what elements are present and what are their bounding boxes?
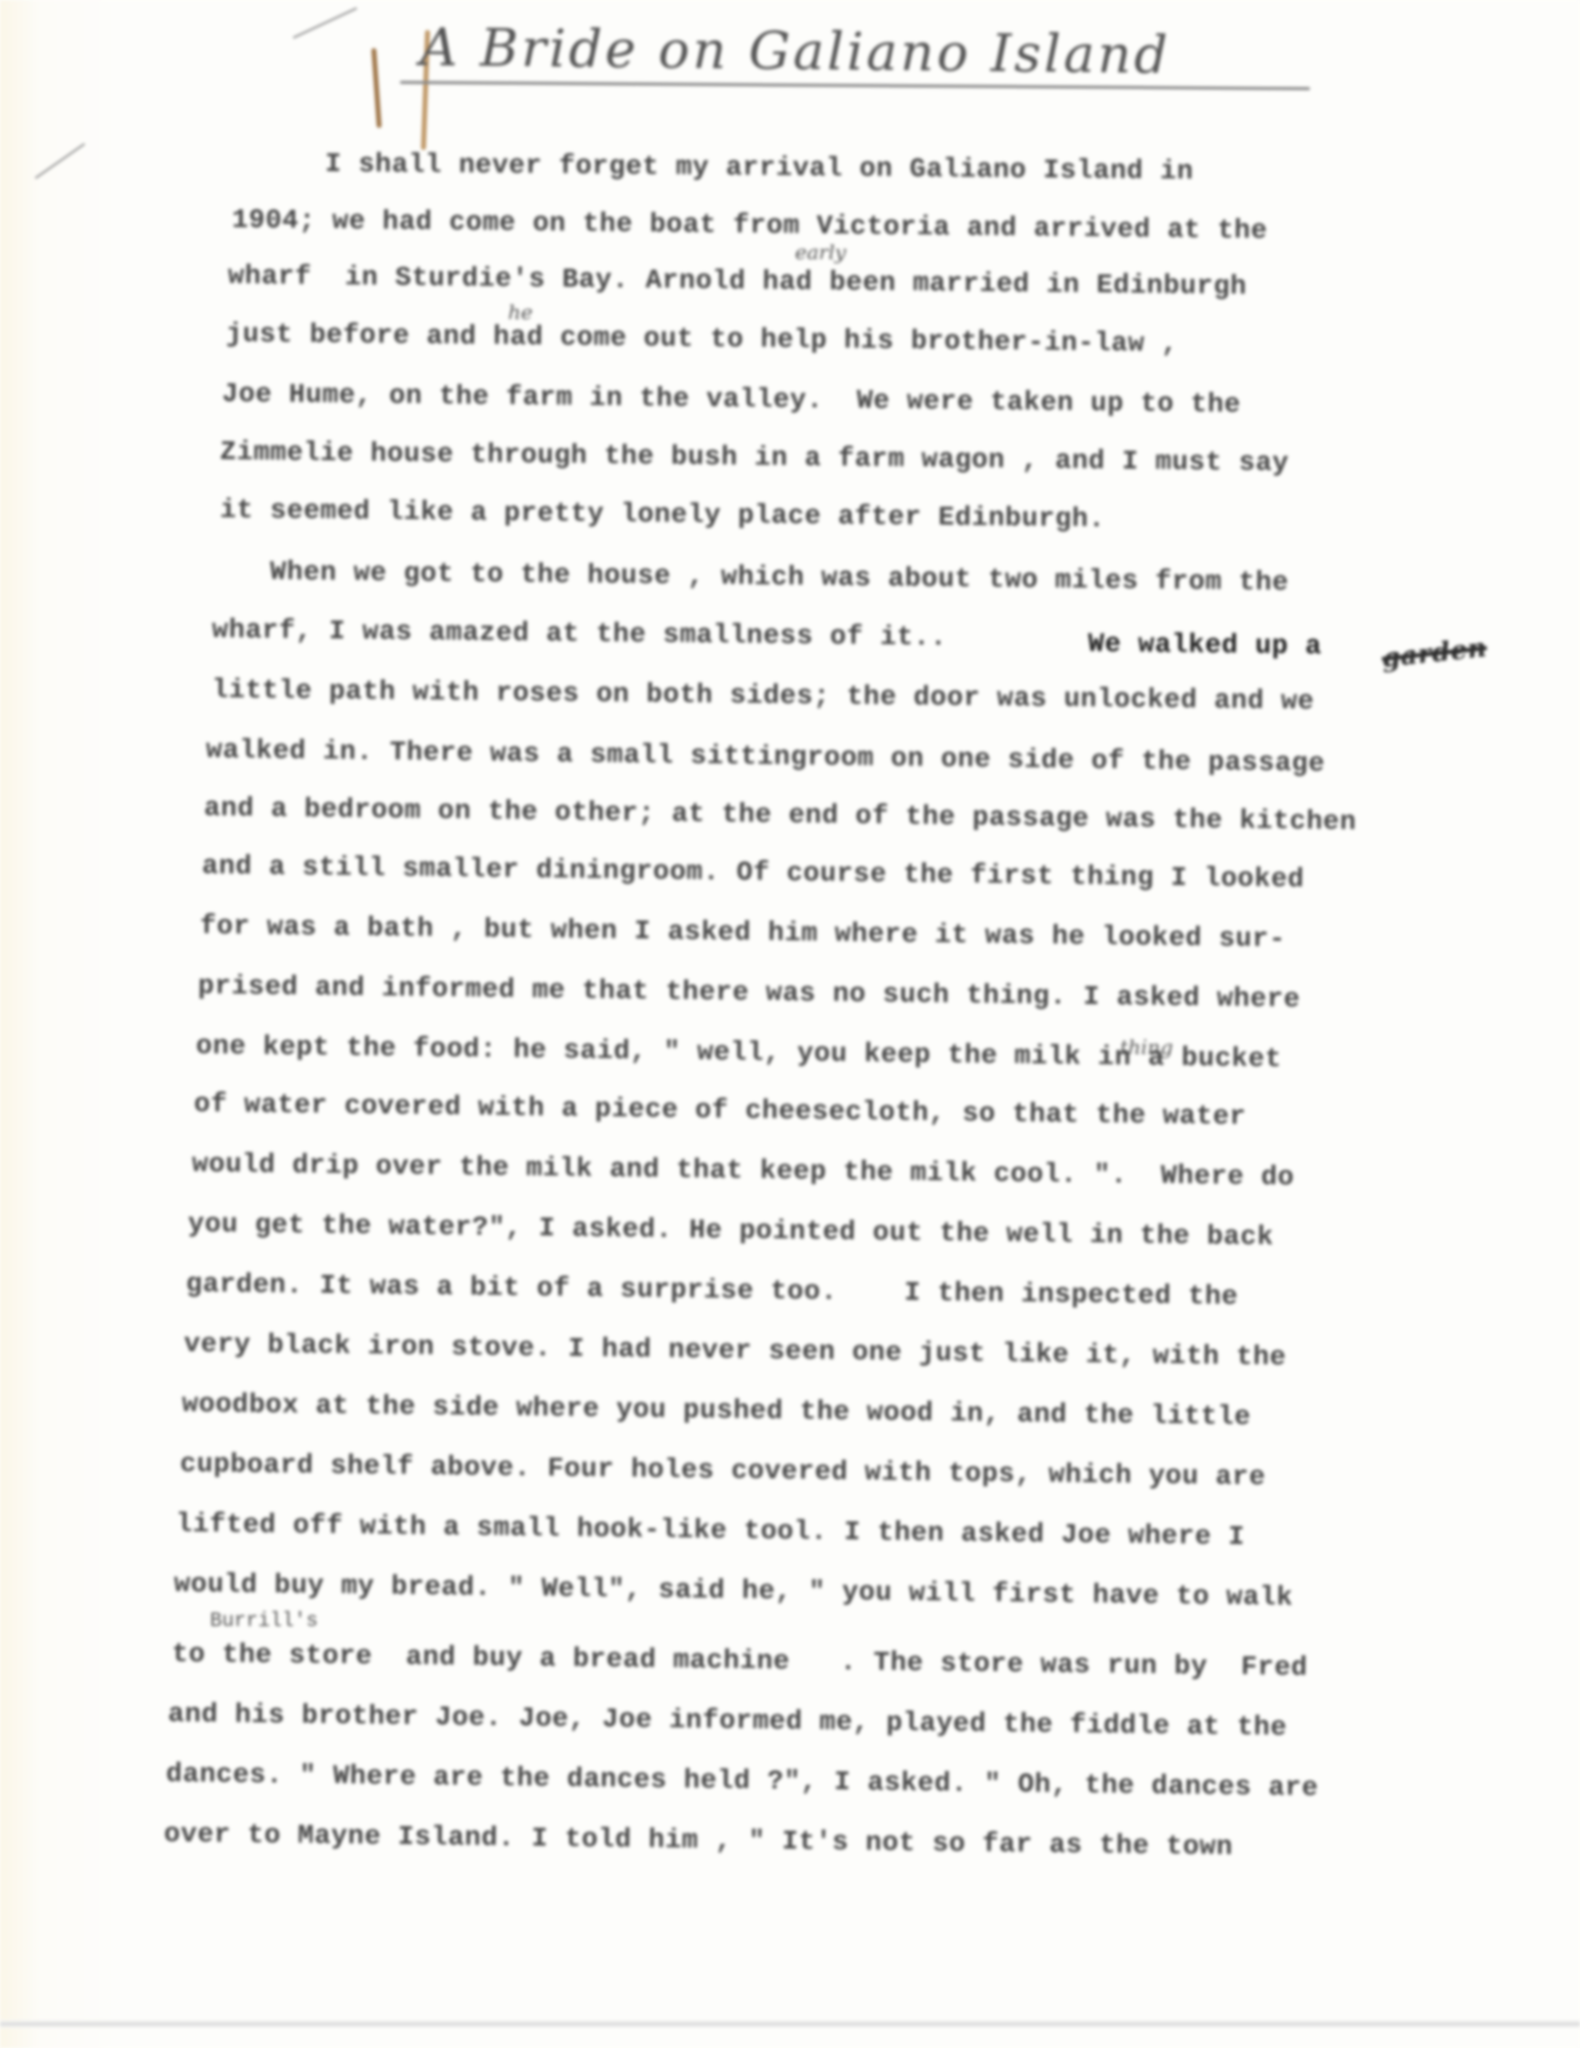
faint-pencil-mark (35, 143, 85, 179)
text-line: prised and informed me that there was no… (198, 972, 1301, 1015)
text-line: I shall never forget my arrival on Galia… (325, 150, 1194, 188)
handwritten-insert: he (508, 300, 533, 324)
typed-insert: Burrill's (210, 1610, 318, 1633)
text-line: walked in. There was a small sittingroom… (206, 736, 1325, 780)
text-line: garden. It was a bit of a surprise too. … (186, 1270, 1239, 1313)
text-line: for was a bath , but when I asked him wh… (200, 912, 1286, 955)
text-line: wharf in Sturdie's Bay. Arnold had been … (228, 262, 1247, 303)
text-line: would drip over the milk and that keep t… (192, 1150, 1295, 1193)
text-line: dances. " Where are the dances held ?", … (166, 1760, 1319, 1804)
margin-pen-mark (371, 48, 382, 128)
text-line: Joe Hume, on the farm in the valley. We … (222, 380, 1241, 421)
text-line: very black iron stove. I had never seen … (184, 1330, 1287, 1373)
text-line: 1904; we had come on the boat from Victo… (232, 206, 1268, 247)
scanned-page: A Bride on Galiano Island I shall never … (0, 0, 1580, 2048)
text-line: it seemed like a pretty lonely place aft… (220, 496, 1106, 535)
text-line: woodbox at the side where you pushed the… (182, 1390, 1251, 1433)
text-line: would buy my bread. " Well", said he, " … (174, 1570, 1293, 1614)
faint-pencil-mark (293, 7, 357, 38)
handwritten-title: A Bride on Galiano Island (420, 18, 1171, 86)
text-line: and his brother Joe. Joe, Joe informed m… (168, 1700, 1287, 1744)
text-line: and a bedroom on the other; at the end o… (204, 794, 1357, 838)
text-line: one kept the food: he said, " well, you … (196, 1032, 1282, 1075)
text-line: Zimmelie house through the bush in a far… (220, 438, 1289, 479)
text-line: When we got to the house , which was abo… (270, 558, 1289, 599)
text-line: to the store and buy a bread machine . T… (172, 1640, 1308, 1684)
page-bottom-edge (0, 2020, 1580, 2028)
text-line: just before and had come out to help his… (226, 320, 1178, 360)
text-line: lifted off with a small hook-like tool. … (176, 1510, 1245, 1553)
text-line: little path with roses on both sides; th… (212, 676, 1315, 718)
crossed-out-word: garden (1380, 633, 1488, 674)
text-line-fragment: We walked up a (1088, 630, 1322, 662)
handwritten-insert: early (795, 240, 846, 264)
text-line: and a still smaller diningroom. Of cours… (202, 852, 1305, 895)
text-line: cupboard shelf above. Four holes covered… (180, 1450, 1266, 1493)
text-line: wharf, I was amazed at the smallness of … (212, 616, 947, 654)
text-line: you get the water?", I asked. He pointed… (188, 1210, 1274, 1253)
text-line: over to Mayne Island. I told him , " It'… (164, 1820, 1233, 1863)
text-line: of water covered with a piece of cheesec… (194, 1090, 1247, 1133)
